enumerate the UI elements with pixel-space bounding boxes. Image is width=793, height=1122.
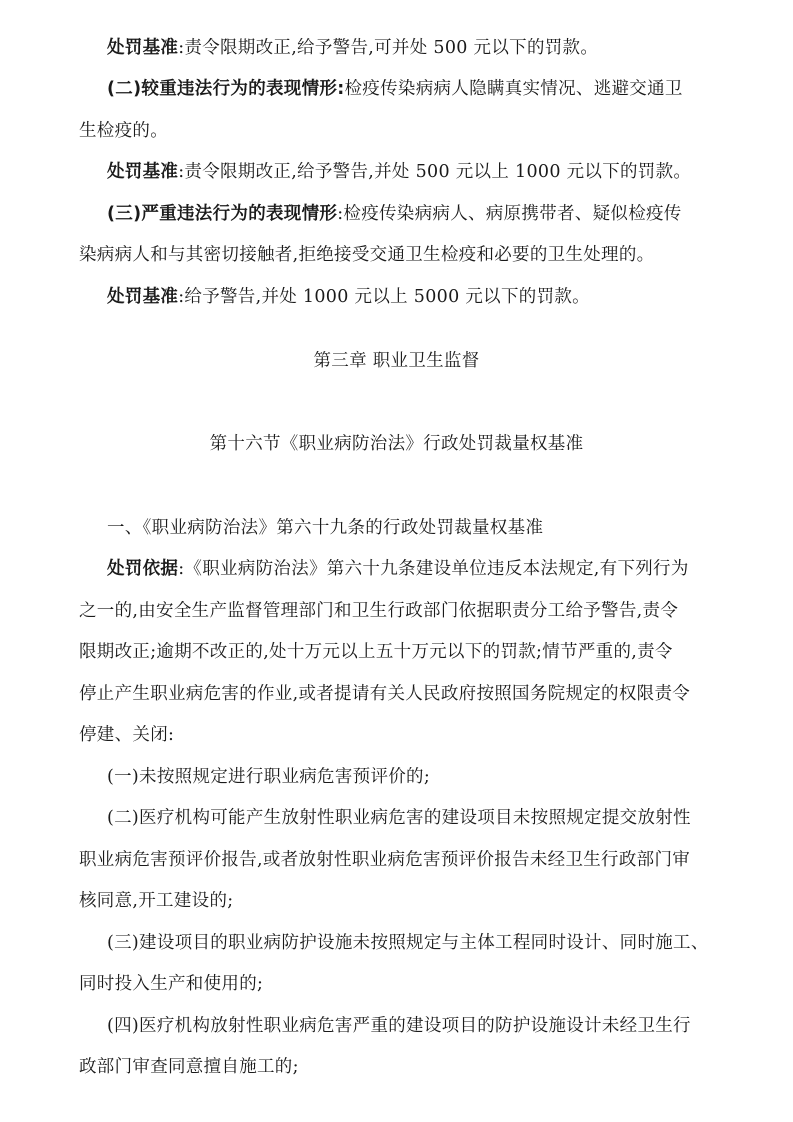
paragraph-line: 政部门审查同意擅自施工的; [79,1055,299,1079]
article-heading: 一、《职业病防治法》第六十九条的行政处罚裁量权基准 [107,516,543,540]
penalty-standard-minor: 处罚基准:责令限期改正,给予警告,可并处 500 元以下的罚款。 [107,36,598,60]
penalty-standard-severe: 处罚基准:给予警告,并处 1000 元以上 5000 元以下的罚款。 [107,285,590,309]
paragraph-line: 停止产生职业病危害的作业,或者提请有关人民政府按照国务院规定的权限责令 [79,682,690,706]
list-item-2: (二)医疗机构可能产生放射性职业病危害的建设项目未按照规定提交放射性 [107,806,691,830]
list-item-3: (三)建设项目的职业病防护设施未按照规定与主体工程同时设计、同时施工、 [107,931,709,955]
paragraph-line: 生检疫的。 [79,119,168,143]
paragraph-line: 限期改正;逾期不改正的,处十万元以上五十万元以下的罚款;情节严重的,责令 [79,640,673,664]
paragraph-line: 停建、关闭: [79,723,174,747]
section-title: 第十六节《职业病防治法》行政处罚裁量权基准 [0,432,793,456]
list-item-1: (一)未按照规定进行职业病危害预评价的; [107,765,430,789]
penalty-standard-moderate: 处罚基准:责令限期改正,给予警告,并处 500 元以上 1000 元以下的罚款。 [107,160,691,184]
severe-violation-heading: (三)严重违法行为的表现情形:检疫传染病病人、病原携带者、疑似检疫传 [107,202,682,226]
paragraph-line: 同时投入生产和使用的; [79,972,263,996]
list-item-4: (四)医疗机构放射性职业病危害严重的建设项目的防护设施设计未经卫生行 [107,1014,691,1038]
penalty-basis: 处罚依据:《职业病防治法》第六十九条建设单位违反本法规定,有下列行为 [107,557,689,581]
paragraph-line: 之一的,由安全生产监督管理部门和卫生行政部门依据职责分工给予警告,责令 [79,599,678,623]
moderate-violation-heading: (二)较重违法行为的表现情形:检疫传染病病人隐瞒真实情况、逃避交通卫 [107,77,683,101]
chapter-title: 第三章 职业卫生监督 [0,349,793,373]
paragraph-line: 职业病危害预评价报告,或者放射性职业病危害预评价报告未经卫生行政部门审 [79,848,690,872]
paragraph-line: 染病病人和与其密切接触者,拒绝接受交通卫生检疫和必要的卫生处理的。 [79,243,654,267]
paragraph-line: 核同意,开工建设的; [79,889,233,913]
